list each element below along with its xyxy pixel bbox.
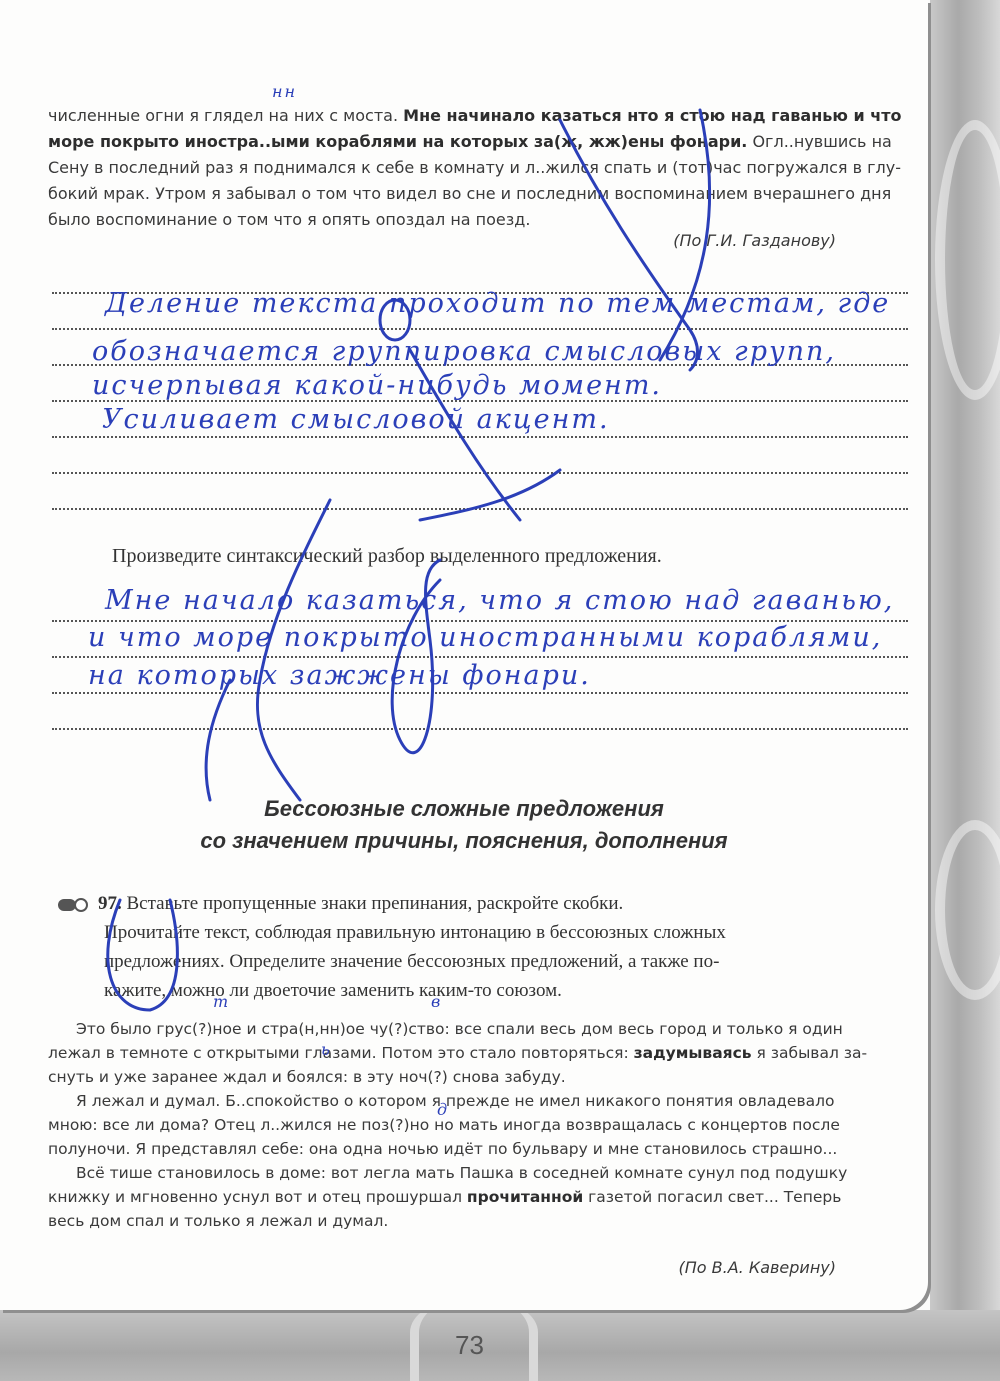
section-title: Бессоюзные сложные предложения со значен… <box>0 793 928 857</box>
passage-line: снуть и уже заранее ждал и боялся: в эту… <box>48 1065 910 1089</box>
passage-line: бокий мрак. Утром я забывал о том что ви… <box>48 181 910 207</box>
exercise-97: 97. Вставьте пропущенные знаки препинани… <box>58 889 918 1005</box>
passage-line: весь дом спал и только я лежал и думал. <box>48 1209 910 1233</box>
correction-mark: ь <box>321 1040 332 1059</box>
citation-gazdanov: (По Г.И. Газданову) <box>673 231 836 250</box>
dotted-line[interactable] <box>52 438 908 474</box>
exercise-instruction: кажите, можно ли двоеточие заменить каки… <box>58 976 918 1005</box>
passage-bottom: Это было грус(?)ное и стра(н,нн)ое чу(?)… <box>48 1017 910 1233</box>
passage-line: полуночи. Я представлял себе: она одна н… <box>48 1137 910 1161</box>
handwritten-answer-line: Деление текста проходит по тем местам, г… <box>105 288 890 319</box>
passage-line: лежал в темноте с открытыми глазами. Пот… <box>48 1041 910 1065</box>
exercise-instruction: Вставьте пропущенные знаки препинания, р… <box>127 893 624 914</box>
handwritten-answer-line: Усиливает смысловой акцент. <box>102 404 610 435</box>
handwritten-parse-line: на которых зажжены фонари. <box>88 660 591 691</box>
exercise-instruction: предложениях. Определите значение бессою… <box>58 947 918 976</box>
passage-line: Сену в последний раз я поднимался к себе… <box>48 155 910 181</box>
passage-line: Это было грус(?)ное и стра(н,нн)ое чу(?)… <box>48 1017 910 1041</box>
passage-line: мною: все ли дома? Отец л..жился не поз(… <box>48 1113 910 1137</box>
workbook-page: численные огни я глядел на них с моста. … <box>0 0 928 1310</box>
handwritten-parse-line: и что море покрыто иностранными кораблям… <box>88 622 882 653</box>
handwritten-parse-line: Мне начало казаться, что я стою над гава… <box>105 585 894 616</box>
handwritten-answer-line: обозначается группировка смысловых групп… <box>92 336 836 367</box>
passage-line: книжку и мгновенно уснул вот и отец прош… <box>48 1185 910 1209</box>
dotted-line[interactable] <box>52 694 908 730</box>
handwritten-answer-line: исчерпывая какой-нибудь момент. <box>92 370 662 401</box>
section-title-line1: Бессоюзные сложные предложения <box>0 793 928 825</box>
correction-mark: в <box>431 992 442 1011</box>
passage-line: море покрыто иностра..ыми кораблями на к… <box>48 129 910 155</box>
section-title-line2: со значением причины, пояснения, дополне… <box>0 825 928 857</box>
citation-kaverin: (По В.А. Каверину) <box>679 1258 837 1277</box>
passage-line: Я лежал и думал. Б..спокойство о котором… <box>48 1089 910 1113</box>
exercise-instruction: Прочитайте текст, соблюдая правильную ин… <box>58 918 918 947</box>
page-edge-decoration <box>930 0 1000 1381</box>
task-prompt: Произведите синтаксический разбор выделе… <box>112 545 662 568</box>
correction-mark: д <box>437 1100 449 1119</box>
correction-mark: т <box>213 992 230 1011</box>
passage-line: Всё тише становилось в доме: вот легла м… <box>48 1161 910 1185</box>
passage-line: было воспоминание о том что я опять опоз… <box>48 207 910 233</box>
page-number: 73 <box>455 1330 484 1361</box>
passage-top: численные огни я глядел на них с моста. … <box>48 103 910 233</box>
passage-line: численные огни я глядел на них с моста. … <box>48 103 910 129</box>
exercise-number: 97. <box>98 893 122 914</box>
correction-mark: нн <box>272 82 297 101</box>
dotted-line[interactable] <box>52 474 908 510</box>
exercise-key-icon <box>58 898 92 912</box>
